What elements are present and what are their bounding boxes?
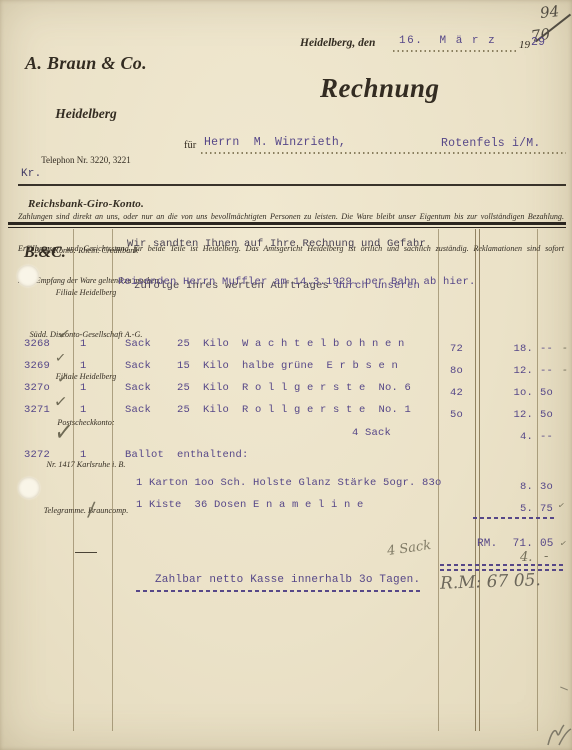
payment-terms-dashed-underline xyxy=(136,590,420,592)
row-description: Ballot enthaltend: xyxy=(125,449,249,461)
row-unit-price: 72 xyxy=(438,343,475,355)
row-description: Sack 25 Kilo W a c h t e l b o h n e n xyxy=(125,338,405,350)
row-number: 327o xyxy=(24,382,50,394)
intro-line-3: Reisenden Herrn Muffler am 14.3.1929. pe… xyxy=(118,276,476,288)
pencil-stray-mark xyxy=(560,687,568,691)
pencil-row-mark: - xyxy=(563,341,567,354)
row-amount-pfennig: -- xyxy=(540,365,553,377)
row-number: 3269 xyxy=(24,360,50,372)
recipient-place: Rotenfels i/M. xyxy=(441,137,540,150)
pencil-correction-qty: 4. xyxy=(520,550,532,565)
row-qty: 1 xyxy=(80,338,87,350)
sub-item-pfennig: 75 xyxy=(540,503,553,515)
pencil-final-amount-note: R.M: 67 05. xyxy=(440,570,541,594)
pencil-row-mark: - xyxy=(563,363,567,376)
pencil-tick-icon: ✓ xyxy=(559,538,567,548)
punch-hole-top xyxy=(17,265,39,287)
file-stamp: B.&C. xyxy=(24,244,66,262)
table-vertical-rule-2 xyxy=(112,229,113,731)
conditions-top-rule xyxy=(18,184,566,186)
date-place-label: Heidelberg, den xyxy=(300,37,375,49)
letterhead-divider xyxy=(75,552,97,553)
row-unit-price: 42 xyxy=(438,387,475,399)
pencil-tick-icon: ✓ xyxy=(557,500,565,510)
sub-item-pfennig: 3o xyxy=(540,481,553,493)
company-city: Heidelberg xyxy=(8,107,164,121)
total-mark: 71. xyxy=(479,538,533,550)
handwriting-scribble-icon xyxy=(545,721,572,748)
row-qty: 1 xyxy=(80,449,87,461)
sub-item-mark: 5. xyxy=(479,503,533,515)
pencil-check-icon: ✓ xyxy=(53,391,68,411)
subtotal-label: 4 Sack xyxy=(352,427,391,439)
recipient-dotted-line xyxy=(201,152,566,154)
row-amount-mark: 12. xyxy=(479,365,533,377)
table-vertical-rule-4b xyxy=(479,229,480,731)
row-description: Sack 15 Kilo halbe grüne E r b s e n xyxy=(125,360,398,372)
subtotal-pfennig: -- xyxy=(540,431,553,443)
pencil-check-icon: ✓ xyxy=(56,370,69,387)
payment-terms: Zahlbar netto Kasse innerhalb 3o Tagen. xyxy=(155,574,420,586)
postcheck-label: Postscheckkonto: xyxy=(8,418,164,428)
conditions-line-1: Zahlungen sind direkt an uns, oder nur a… xyxy=(18,212,564,223)
page-title: Rechnung xyxy=(320,73,440,104)
currency-label: Kr. xyxy=(21,168,41,180)
table-vertical-rule-1 xyxy=(73,229,74,731)
pencil-check-icon: ✓ xyxy=(57,324,72,344)
sub-item-description: 1 Kiste 36 Dosen E n a m e l i n e xyxy=(136,499,364,511)
pencil-sack-note: 4 Sack xyxy=(386,538,432,559)
row-amount-pfennig: 5o xyxy=(540,387,553,399)
punch-hole-bottom xyxy=(18,477,40,499)
row-amount-mark: 12. xyxy=(479,409,533,421)
row-qty: 1 xyxy=(80,404,87,416)
postcheck-number: Nr. 1417 Karlsruhe i. B. xyxy=(8,460,164,470)
row-number: 3268 xyxy=(24,338,50,350)
row-amount-mark: 18. xyxy=(479,343,533,355)
row-number: 3271 xyxy=(24,404,50,416)
date-dotted-line xyxy=(393,50,518,52)
table-vertical-rule-4a xyxy=(475,229,476,731)
table-vertical-rule-5 xyxy=(537,229,538,731)
recipient-for-label: für xyxy=(184,140,196,151)
sub-item-mark: 8. xyxy=(479,481,533,493)
row-qty: 1 xyxy=(80,360,87,372)
typed-date: 16. M ä r z xyxy=(399,35,496,47)
row-unit-price: 5o xyxy=(438,409,475,421)
row-description: Sack 25 Kilo R o l l g e r s t e No. 6 xyxy=(125,382,411,394)
handwritten-corner-number-top: 94 xyxy=(539,2,560,22)
closing-dashed-line-1 xyxy=(440,564,563,566)
row-amount-pfennig: 5o xyxy=(540,409,553,421)
row-number: 3272 xyxy=(24,449,50,461)
row-description: Sack 25 Kilo R o l l g e r s t e No. 1 xyxy=(125,404,411,416)
total-dashed-line xyxy=(473,517,554,519)
recipient-name: Herrn M. Winzrieth, xyxy=(204,136,346,149)
pencil-check-icon: ✓ xyxy=(54,351,66,367)
sub-item-description: 1 Karton 1oo Sch. Holste Glanz Stärke 5o… xyxy=(136,477,442,489)
row-unit-price: 8o xyxy=(438,365,475,377)
company-name: A. Braun & Co. xyxy=(8,54,164,72)
bank-line-4: Filiale Heidelberg xyxy=(8,372,164,382)
subtotal-mark: 4. xyxy=(479,431,533,443)
year-printed: 19 xyxy=(519,39,530,51)
telephone-line: Telephon Nr. 3220, 3221 xyxy=(8,156,164,165)
year-typed: 29 xyxy=(531,36,545,49)
row-amount-pfennig: -- xyxy=(540,343,553,355)
invoice-document: A. Braun & Co. Heidelberg Telephon Nr. 3… xyxy=(0,0,572,750)
row-qty: 1 xyxy=(80,382,87,394)
pencil-correction-pfennig: - xyxy=(544,549,548,564)
intro-line-1: Wir sandten Ihnen auf Ihre Rechnung und … xyxy=(127,238,426,250)
table-top-double-rule xyxy=(8,222,566,228)
row-amount-mark: 1o. xyxy=(479,387,533,399)
